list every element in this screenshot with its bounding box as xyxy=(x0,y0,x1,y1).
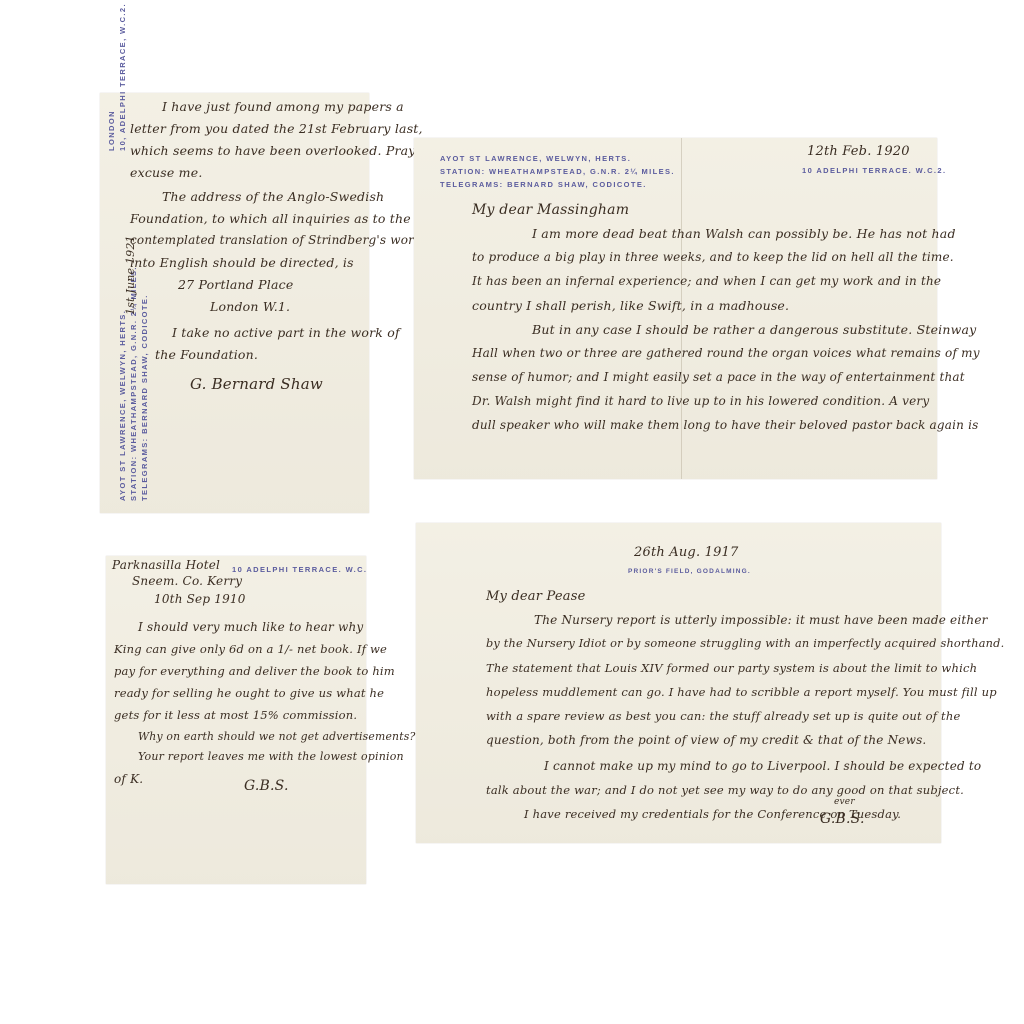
body-line: into English should be directed, is xyxy=(130,255,354,270)
body-line: contemplated translation of Strindberg's… xyxy=(130,233,428,247)
letterhead-address: 10, ADELPHI TERRACE, W.C.2. xyxy=(117,3,128,151)
body-line: sense of humor; and I might easily set a… xyxy=(472,370,965,384)
body-line: Dr. Walsh might find it hard to live up … xyxy=(472,394,929,408)
body-line: I cannot make up my mind to go to Liverp… xyxy=(544,759,981,773)
letter-1920: AYOT ST LAWRENCE, WELWYN, HERTS. STATION… xyxy=(414,138,937,479)
body-line: dull speaker who will make them long to … xyxy=(472,418,979,432)
letterhead-london-address: 10 ADELPHI TERRACE. W.C.2. xyxy=(802,164,946,177)
letter-date: 26th Aug. 1917 xyxy=(634,545,739,560)
body-line: I should very much like to hear why xyxy=(138,620,363,634)
body-line: to produce a big play in three weeks, an… xyxy=(472,250,954,264)
body-line: I take no active part in the work of xyxy=(172,325,400,340)
body-line: Your report leaves me with the lowest op… xyxy=(138,750,404,763)
salutation: My dear Pease xyxy=(486,589,585,604)
letter-date: 12th Feb. 1920 xyxy=(807,144,910,159)
body-line: question, both from the point of view of… xyxy=(486,733,926,747)
body-line: excuse me. xyxy=(130,165,203,180)
body-line: gets for it less at most 15% commission. xyxy=(114,708,357,722)
body-line: with a spare review as best you can: the… xyxy=(486,709,961,723)
letter-1910: Parknasilla Hotel Sneem. Co. Kerry 10 AD… xyxy=(106,556,366,884)
body-line: Hall when two or three are gathered roun… xyxy=(472,346,980,360)
letterhead-address: PRIOR'S FIELD, GODALMING. xyxy=(628,565,751,578)
body-line: pay for everything and deliver the book … xyxy=(114,664,395,678)
body-line: talk about the war; and I do not yet see… xyxy=(486,783,964,797)
body-line: I have just found among my papers a xyxy=(162,99,404,114)
letterhead-london-address: 10 ADELPHI TERRACE. W.C. xyxy=(232,563,367,576)
sender-address-line: Parknasilla Hotel xyxy=(112,558,220,572)
address-line: London W.1. xyxy=(210,299,290,314)
body-line: King can give only 6d on a 1/- net book.… xyxy=(114,642,387,656)
body-line: letter from you dated the 21st February … xyxy=(130,121,423,136)
signature: G.B.S. xyxy=(820,811,865,827)
letterhead-city: LONDON xyxy=(106,3,117,151)
body-line: the Foundation. xyxy=(155,347,258,362)
body-line: country I shall perish, like Swift, in a… xyxy=(472,298,789,313)
address-line: 27 Portland Place xyxy=(178,277,293,292)
letterhead-line: TELEGRAMS: BERNARD SHAW, CODICOTE. xyxy=(440,178,675,191)
letter-1917: 26th Aug. 1917 PRIOR'S FIELD, GODALMING.… xyxy=(416,523,941,843)
body-line: hopeless muddlement can go. I have had t… xyxy=(486,685,997,699)
letterhead-line: TELEGRAMS: BERNARD SHAW, CODICOTE. xyxy=(139,266,150,501)
body-line: Foundation, to which all inquiries as to… xyxy=(130,211,411,226)
body-line: which seems to have been overlooked. Pra… xyxy=(130,143,416,158)
body-line: Why on earth should we not get advertise… xyxy=(138,730,415,743)
letterhead-line: STATION: WHEATHAMPSTEAD, G.N.R. 2¼ MILES… xyxy=(440,165,675,178)
letter-date: 10th Sep 1910 xyxy=(154,592,246,606)
signature: G. Bernard Shaw xyxy=(190,375,323,393)
body-line: It has been an infernal experience; and … xyxy=(472,274,941,288)
body-line: of K. xyxy=(114,772,143,786)
letter-date: 1st June 1921 xyxy=(124,235,137,315)
signature: G.B.S. xyxy=(244,778,289,794)
letterhead-line: AYOT ST LAWRENCE, WELWYN, HERTS. xyxy=(440,152,675,165)
letterhead-country-address: AYOT ST LAWRENCE, WELWYN, HERTS. STATION… xyxy=(440,152,675,191)
body-line: The address of the Anglo-Swedish xyxy=(162,189,384,204)
letterhead-london-address: LONDON 10, ADELPHI TERRACE, W.C.2. xyxy=(106,3,128,151)
closing: ever xyxy=(834,797,855,807)
body-line: I am more dead beat than Walsh can possi… xyxy=(532,226,956,241)
body-line: ready for selling he ought to give us wh… xyxy=(114,686,384,700)
letter-1921: LONDON 10, ADELPHI TERRACE, W.C.2. AYOT … xyxy=(100,93,369,513)
body-line: The Nursery report is utterly impossible… xyxy=(534,613,988,627)
sender-address-line: Sneem. Co. Kerry xyxy=(132,574,242,588)
body-line: by the Nursery Idiot or by someone strug… xyxy=(486,637,1004,650)
body-line: The statement that Louis XIV formed our … xyxy=(486,661,977,675)
body-line: But in any case I should be rather a dan… xyxy=(532,322,976,337)
salutation: My dear Massingham xyxy=(472,202,629,218)
